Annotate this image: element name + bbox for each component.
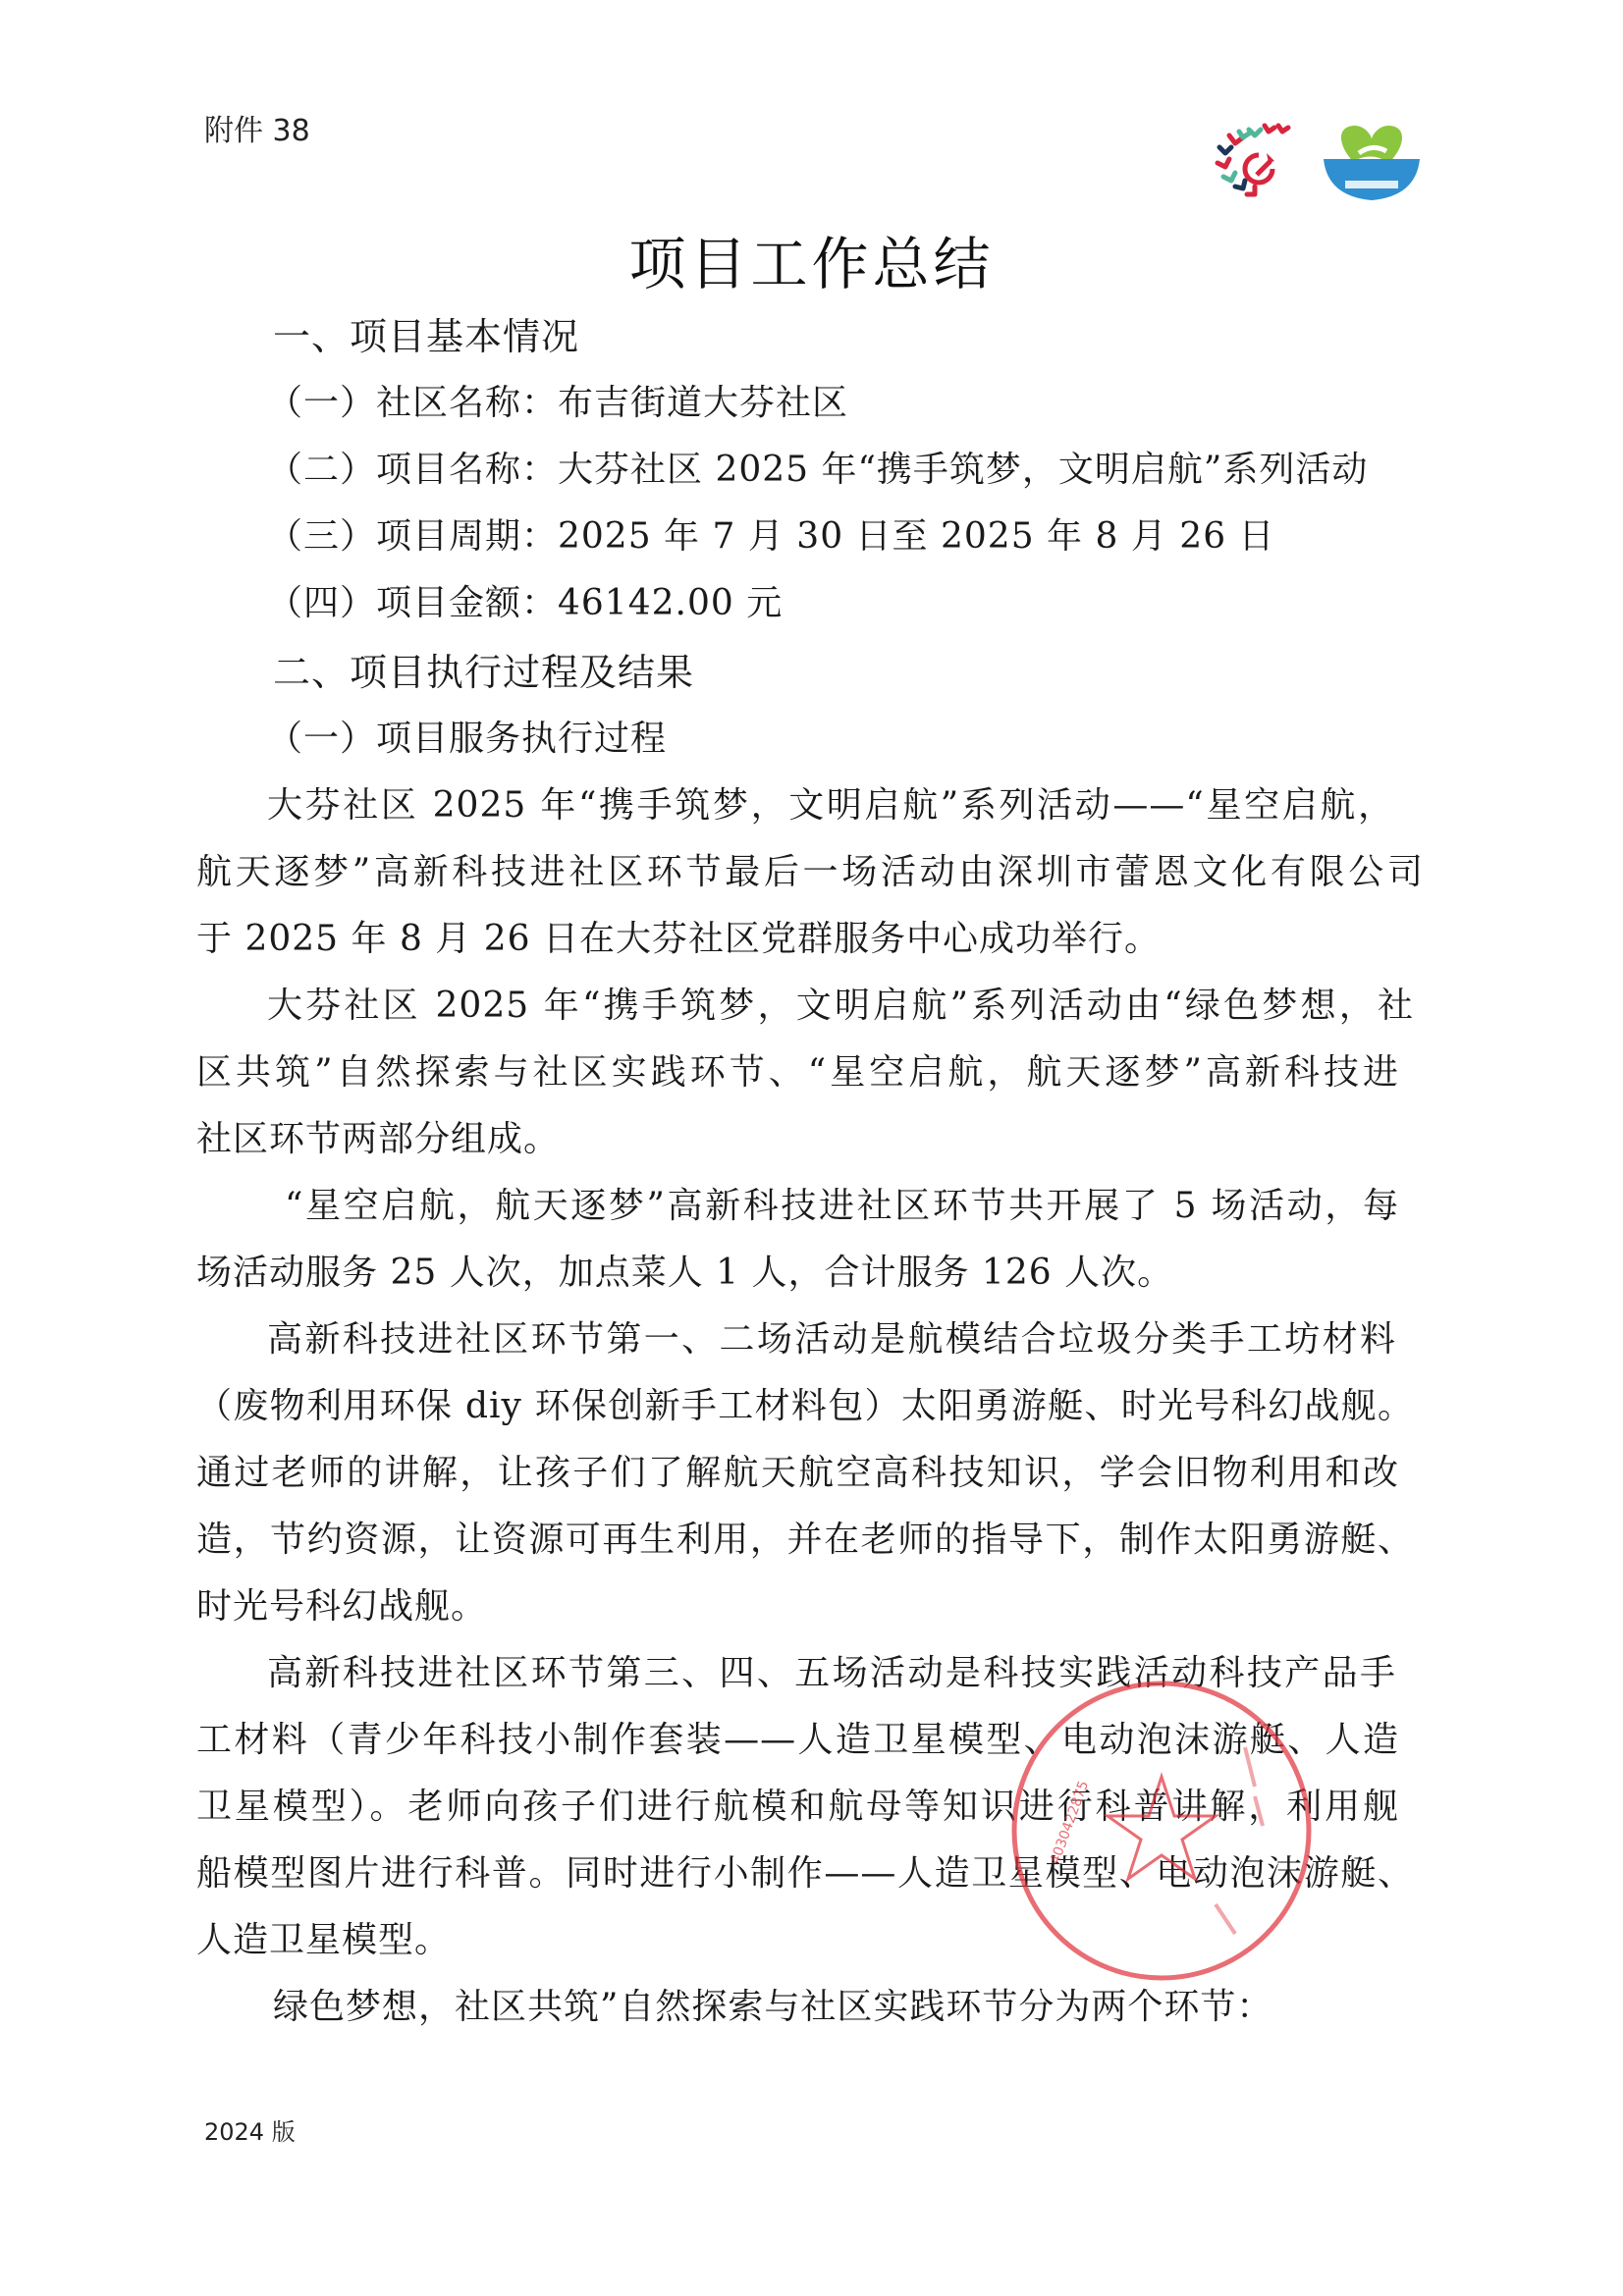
- paragraph-line: 高新科技进社区环节第一、二场活动是航模结合垃圾分类手工坊材料: [267, 1311, 1396, 1362]
- paragraph-line: 造，节约资源，让资源可再生利用，并在老师的指导下，制作太阳勇游艇、: [196, 1512, 1414, 1562]
- info-community-name: （一）社区名称：布吉街道大芬社区: [267, 375, 848, 425]
- attachment-label: 附件 38: [204, 106, 310, 149]
- paragraph-line: 绿色梦想，社区共筑”自然探索与社区实践环节分为两个环节：: [273, 1979, 1500, 2029]
- paragraph-line: 工材料（青少年科技小制作套装——人造卫星模型、电动泡沫游艇、人造: [196, 1712, 1399, 1762]
- section-heading: 二、项目执行过程及结果: [273, 642, 694, 696]
- paragraph-line: 船模型图片进行科普。同时进行小制作——人造卫星模型、电动泡沫游艇、: [196, 1845, 1414, 1896]
- paragraph-line: 场活动服务 25 人次，加点菜人 1 人，合计服务 126 人次。: [196, 1245, 1424, 1295]
- section-heading: 一、项目基本情况: [273, 306, 579, 360]
- party-heart-logo-icon: [1210, 116, 1298, 204]
- document-title: 项目工作总结: [0, 218, 1623, 300]
- community-heart-bowl-logo-icon: [1318, 116, 1426, 204]
- paragraph-line: 时光号科幻战舰。: [196, 1578, 1424, 1629]
- paragraph-line: 航天逐梦”高新科技进社区环节最后一场活动由深圳市蕾恩文化有限公司: [196, 844, 1424, 894]
- paragraph-line: 社区环节两部分组成。: [196, 1111, 1424, 1161]
- paragraph-line: 人造卫星模型。: [196, 1912, 1424, 1962]
- paragraph-line: （废物利用环保 diy 环保创新手工材料包）太阳勇游艇、时光号科幻战舰。: [196, 1378, 1414, 1428]
- paragraph-line: 大芬社区 2025 年“携手筑梦，文明启航”系列活动由“绿色梦想，社: [267, 978, 1414, 1028]
- paragraph-line: 卫星模型）。老师向孩子们进行航模和航母等知识进行科普讲解，利用舰: [196, 1779, 1399, 1829]
- paragraph-line: 于 2025 年 8 月 26 日在大芬社区党群服务中心成功举行。: [196, 911, 1424, 961]
- header-logos: [1210, 116, 1435, 214]
- info-project-amount: （四）项目金额：46142.00 元: [267, 575, 783, 625]
- paragraph-line: 通过老师的讲解，让孩子们了解航天航空高科技知识，学会旧物利用和改: [196, 1445, 1399, 1495]
- version-footer: 2024 版: [204, 2112, 296, 2147]
- subsection-heading: （一）项目服务执行过程: [267, 711, 667, 761]
- info-project-name: （二）项目名称：大芬社区 2025 年“携手筑梦，文明启航”系列活动: [267, 442, 1368, 492]
- paragraph-line: 区共筑”自然探索与社区实践环节、“星空启航，航天逐梦”高新科技进: [196, 1044, 1399, 1095]
- paragraph-line: “星空启航，航天逐梦”高新科技进社区环节共开展了 5 场活动，每: [285, 1178, 1399, 1228]
- paragraph-line: 大芬社区 2025 年“携手筑梦，文明启航”系列活动——“星空启航，: [267, 777, 1394, 828]
- info-project-period: （三）项目周期：2025 年 7 月 30 日至 2025 年 8 月 26 日: [267, 508, 1275, 559]
- paragraph-line: 高新科技进社区环节第三、四、五场活动是科技实践活动科技产品手: [267, 1645, 1396, 1695]
